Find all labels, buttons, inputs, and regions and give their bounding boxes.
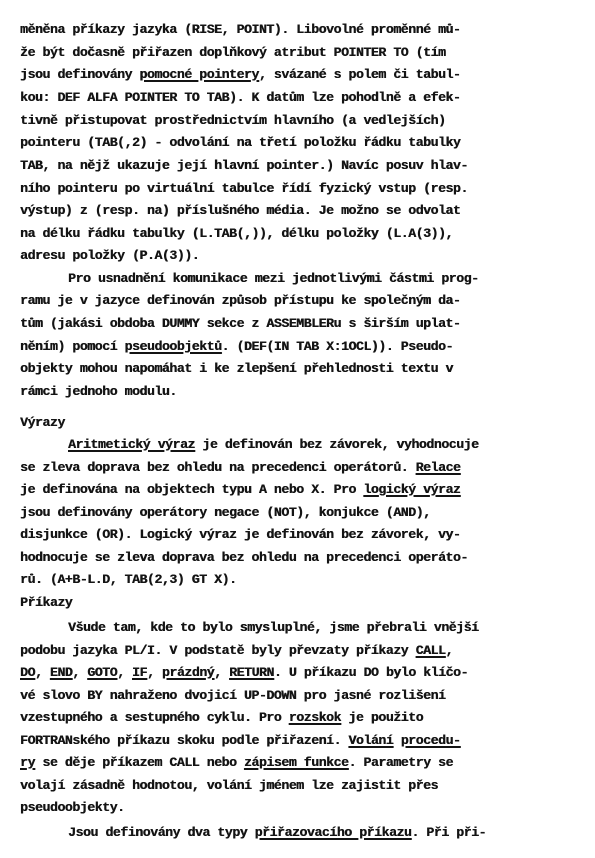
text-segment: FORTRANského příkazu skoku podle přiřaze… [20,733,348,748]
text-line: jsou definovány operátory negace (NOT), … [20,505,431,521]
underlined-term: rozskok [289,710,341,725]
text-line: kou: DEF ALFA POINTER TO TAB). K datům l… [20,90,460,106]
text-segment: , [117,665,132,680]
underlined-term: prázdný [162,665,214,680]
text-line: ramu je v jazyce definován způsob přístu… [20,293,460,309]
text-line: hodnocuje se zleva doprava bez ohledu na… [20,550,468,566]
text-segment: tivně přistupovat prostřednictvím hlavní… [20,113,445,128]
text-segment: ramu je v jazyce definován způsob přístu… [20,293,460,308]
text-segment: TAB, na nějž ukazuje její hlavní pointer… [20,158,468,173]
text-segment: adresu položky (P.A(3)). [20,248,199,263]
text-segment: se děje příkazem CALL nebo [35,755,244,770]
underlined-term: GOTO [87,665,117,680]
text-segment: Příkazy [20,595,72,610]
text-segment: je definována na objektech typu A nebo X… [20,482,363,497]
text-line: Aritmetický výraz je definován bez závor… [68,437,479,453]
text-segment: měněna příkazy jazyka (RISE, POINT). Lib… [20,22,460,37]
text-line: pseudoobjekty. [20,800,125,816]
text-segment: . (DEF(IN TAB X:1OCL)). Pseudo- [222,339,453,354]
text-line: Všude tam, kde to bylo smysluplné, jsme … [68,620,479,636]
underlined-term: přiřazovacího příkazu [255,825,412,840]
text-line: se zleva doprava bez ohledu na precedenc… [20,460,460,476]
underlined-term: logický výraz [363,482,460,497]
text-segment: vzestupného a sestupného cyklu. Pro [20,710,289,725]
text-line: něním) pomocí pseudoobjektů. (DEF(IN TAB… [20,339,453,355]
text-segment: . Parametry se [348,755,453,770]
text-line: ry se děje příkazem CALL nebo zápisem fu… [20,755,453,771]
text-line: že být dočasně přiřazen doplňkový atribu… [20,45,445,61]
text-segment: jsou definovány [20,67,139,82]
underlined-term: Relace [416,460,461,475]
text-segment: rů. (A+B-L.D, TAB(2,3) GT X). [20,572,236,587]
text-line: TAB, na nějž ukazuje její hlavní pointer… [20,158,468,174]
underlined-term: pseudoobjektů [125,339,222,354]
text-segment: hodnocuje se zleva doprava bez ohledu na… [20,550,468,565]
text-line: ního pointeru po virtuální tabulce řídí … [20,181,468,197]
underlined-term: IF [132,665,147,680]
text-segment: Výrazy [20,415,65,430]
text-segment: Pro usnadnění komunikace mezi jednotlivý… [68,271,479,286]
text-segment [393,733,400,748]
text-line: pointeru (TAB(,2) - odvolání na třetí po… [20,135,460,151]
text-segment: Jsou definovány dva typy [68,825,255,840]
text-line: volají zásadně hodnotou, volání jménem l… [20,778,438,794]
text-segment: ního pointeru po virtuální tabulce řídí … [20,181,468,196]
text-segment: Všude tam, kde to bylo smysluplné, jsme … [68,620,479,635]
text-line: rů. (A+B-L.D, TAB(2,3) GT X). [20,572,236,588]
underlined-term: procedu- [401,733,461,748]
text-segment: vé slovo BY nahraženo dvojicí UP-DOWN pr… [20,688,445,703]
text-line: tům (jakási obdoba DUMMY sekce z ASSEMBL… [20,316,460,332]
text-line: DO, END, GOTO, IF, prázdný, RETURN. U př… [20,665,468,681]
underlined-term: CALL [416,643,446,658]
text-segment: , [147,665,162,680]
text-segment: , [72,665,87,680]
underlined-term: zápisem funkce [244,755,349,770]
text-line: Jsou definovány dva typy přiřazovacího p… [68,825,486,841]
text-line: je definována na objektech typu A nebo X… [20,482,460,498]
text-segment: něním) pomocí [20,339,125,354]
underlined-term: END [50,665,72,680]
text-segment: . U příkazu DO bylo klíčo- [274,665,468,680]
text-line: objekty mohou napomáhat i ke zlepšení př… [20,361,453,377]
text-segment: , [214,665,229,680]
text-line: disjunkce (OR). Logický výraz je definov… [20,527,460,543]
section-heading: Výrazy [20,415,65,431]
text-segment: , [445,643,452,658]
text-segment: disjunkce (OR). Logický výraz je definov… [20,527,460,542]
text-line: výstup) z (resp. na) příslušného média. … [20,203,460,219]
text-line: rámci jednoho modulu. [20,384,177,400]
text-segment: , [35,665,50,680]
text-segment: výstup) z (resp. na) příslušného média. … [20,203,460,218]
underlined-term: RETURN [229,665,274,680]
section-heading: Příkazy [20,595,72,611]
document-page: měněna příkazy jazyka (RISE, POINT). Lib… [0,0,595,858]
underlined-term: Volání [348,733,393,748]
text-segment: tům (jakási obdoba DUMMY sekce z ASSEMBL… [20,316,460,331]
text-line: vé slovo BY nahraženo dvojicí UP-DOWN pr… [20,688,445,704]
text-segment: že být dočasně přiřazen doplňkový atribu… [20,45,445,60]
underlined-term: ry [20,755,35,770]
text-line: měněna příkazy jazyka (RISE, POINT). Lib… [20,22,460,38]
text-segment: volají zásadně hodnotou, volání jménem l… [20,778,438,793]
underlined-term: DO [20,665,35,680]
text-segment: kou: DEF ALFA POINTER TO TAB). K datům l… [20,90,460,105]
text-line: Pro usnadnění komunikace mezi jednotlivý… [68,271,479,287]
text-line: tivně přistupovat prostřednictvím hlavní… [20,113,445,129]
text-line: vzestupného a sestupného cyklu. Pro rozs… [20,710,423,726]
text-segment: pointeru (TAB(,2) - odvolání na třetí po… [20,135,460,150]
text-line: jsou definovány pomocné pointery, svázan… [20,67,460,83]
text-line: na délku řádku tabulky (L.TAB(,)), délku… [20,226,453,242]
text-segment: se zleva doprava bez ohledu na precedenc… [20,460,416,475]
text-line: FORTRANského příkazu skoku podle přiřaze… [20,733,460,749]
text-segment: podobu jazyka PL/I. V podstatě byly přev… [20,643,416,658]
text-segment: je použito [341,710,423,725]
text-segment: objekty mohou napomáhat i ke zlepšení př… [20,361,453,376]
text-segment: na délku řádku tabulky (L.TAB(,)), délku… [20,226,453,241]
text-segment: pseudoobjekty. [20,800,125,815]
text-segment: jsou definovány operátory negace (NOT), … [20,505,431,520]
underlined-term: Aritmetický výraz [68,437,195,452]
underlined-term: pomocné pointery [139,67,258,82]
text-segment: . Při při- [411,825,486,840]
text-line: adresu položky (P.A(3)). [20,248,199,264]
text-segment: rámci jednoho modulu. [20,384,177,399]
text-segment: je definován bez závorek, vyhodnocuje [195,437,479,452]
text-line: podobu jazyka PL/I. V podstatě byly přev… [20,643,453,659]
text-segment: , svázané s polem či tabul- [259,67,461,82]
